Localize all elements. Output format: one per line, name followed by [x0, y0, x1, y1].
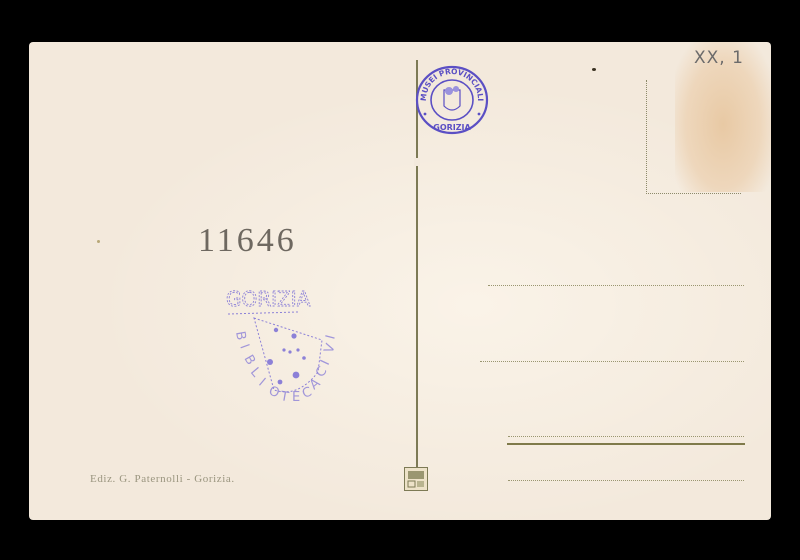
svg-text:BIB LIO TEC ACI: BIB LIO TEC ACI VI: [232, 330, 339, 405]
address-line-4: [508, 480, 744, 481]
paper-speck: [592, 68, 596, 71]
divider-gap: [414, 158, 420, 166]
svg-text:GORIZIA: GORIZIA: [433, 123, 471, 132]
stamp-placement-box: [646, 80, 741, 194]
address-line-1: [488, 285, 744, 286]
publisher-imprint: Ediz. G. Paternolli - Gorizia.: [90, 473, 235, 485]
address-line-underline: [507, 443, 745, 445]
museum-stamp-icon: MUSEI PROVINCIALI GORIZIA: [414, 64, 490, 136]
printer-logo-icon: [404, 467, 428, 491]
svg-text:GORIZIA: GORIZIA: [226, 287, 311, 311]
handwritten-inventory-note: XX, 1: [694, 48, 744, 68]
address-line-2: [480, 361, 744, 362]
svg-text:MUSEI PROVINCIALI: MUSEI PROVINCIALI: [419, 67, 485, 102]
address-line-3: [508, 436, 744, 437]
paper-speck: [97, 240, 100, 243]
library-stamp-icon: GORIZIA BIB LIO TEC ACI VI: [218, 280, 348, 405]
catalog-number: 11646: [198, 222, 297, 260]
